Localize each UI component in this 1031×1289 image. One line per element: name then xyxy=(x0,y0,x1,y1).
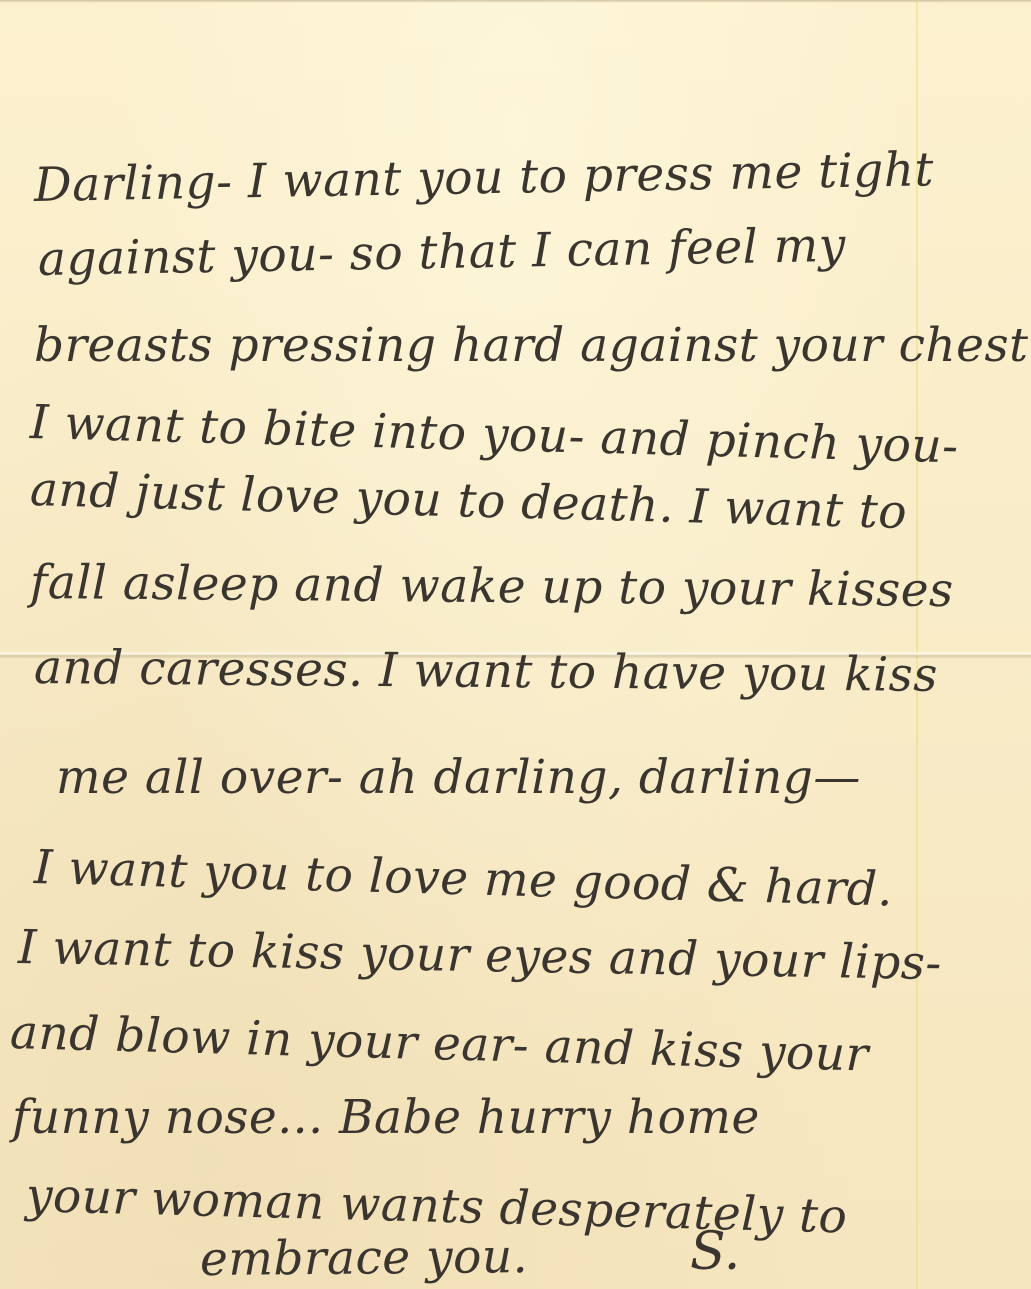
letter-line: and caresses. I want to have you kiss xyxy=(34,640,938,703)
signature: S. xyxy=(690,1222,740,1282)
letter-line: against you- so that I can feel my xyxy=(38,218,847,287)
letter-line: funny nose... Babe hurry home xyxy=(12,1090,760,1145)
letter-line: I want to bite into you- and pinch you- xyxy=(29,395,959,474)
letter-line: and just love you to death. I want to xyxy=(29,462,908,540)
letter-line: I want you to love me good & hard. xyxy=(33,840,893,917)
letter-line: Darling- I want you to press me tight xyxy=(34,142,935,213)
letter-line: breasts pressing hard against your chest… xyxy=(34,318,1031,373)
letter-line: I want to kiss your eyes and your lips- xyxy=(18,920,943,991)
letter-line: and blow in your ear- and kiss your xyxy=(9,1005,869,1082)
closing-line: embrace you. xyxy=(200,1229,529,1287)
letter-body: Darling- I want you to press me tight ag… xyxy=(0,0,1031,1289)
letter-line: me all over- ah darling, darling— xyxy=(56,750,861,805)
letter-line: fall asleep and wake up to your kisses xyxy=(30,555,954,618)
letter-page: Darling- I want you to press me tight ag… xyxy=(0,0,1031,1289)
